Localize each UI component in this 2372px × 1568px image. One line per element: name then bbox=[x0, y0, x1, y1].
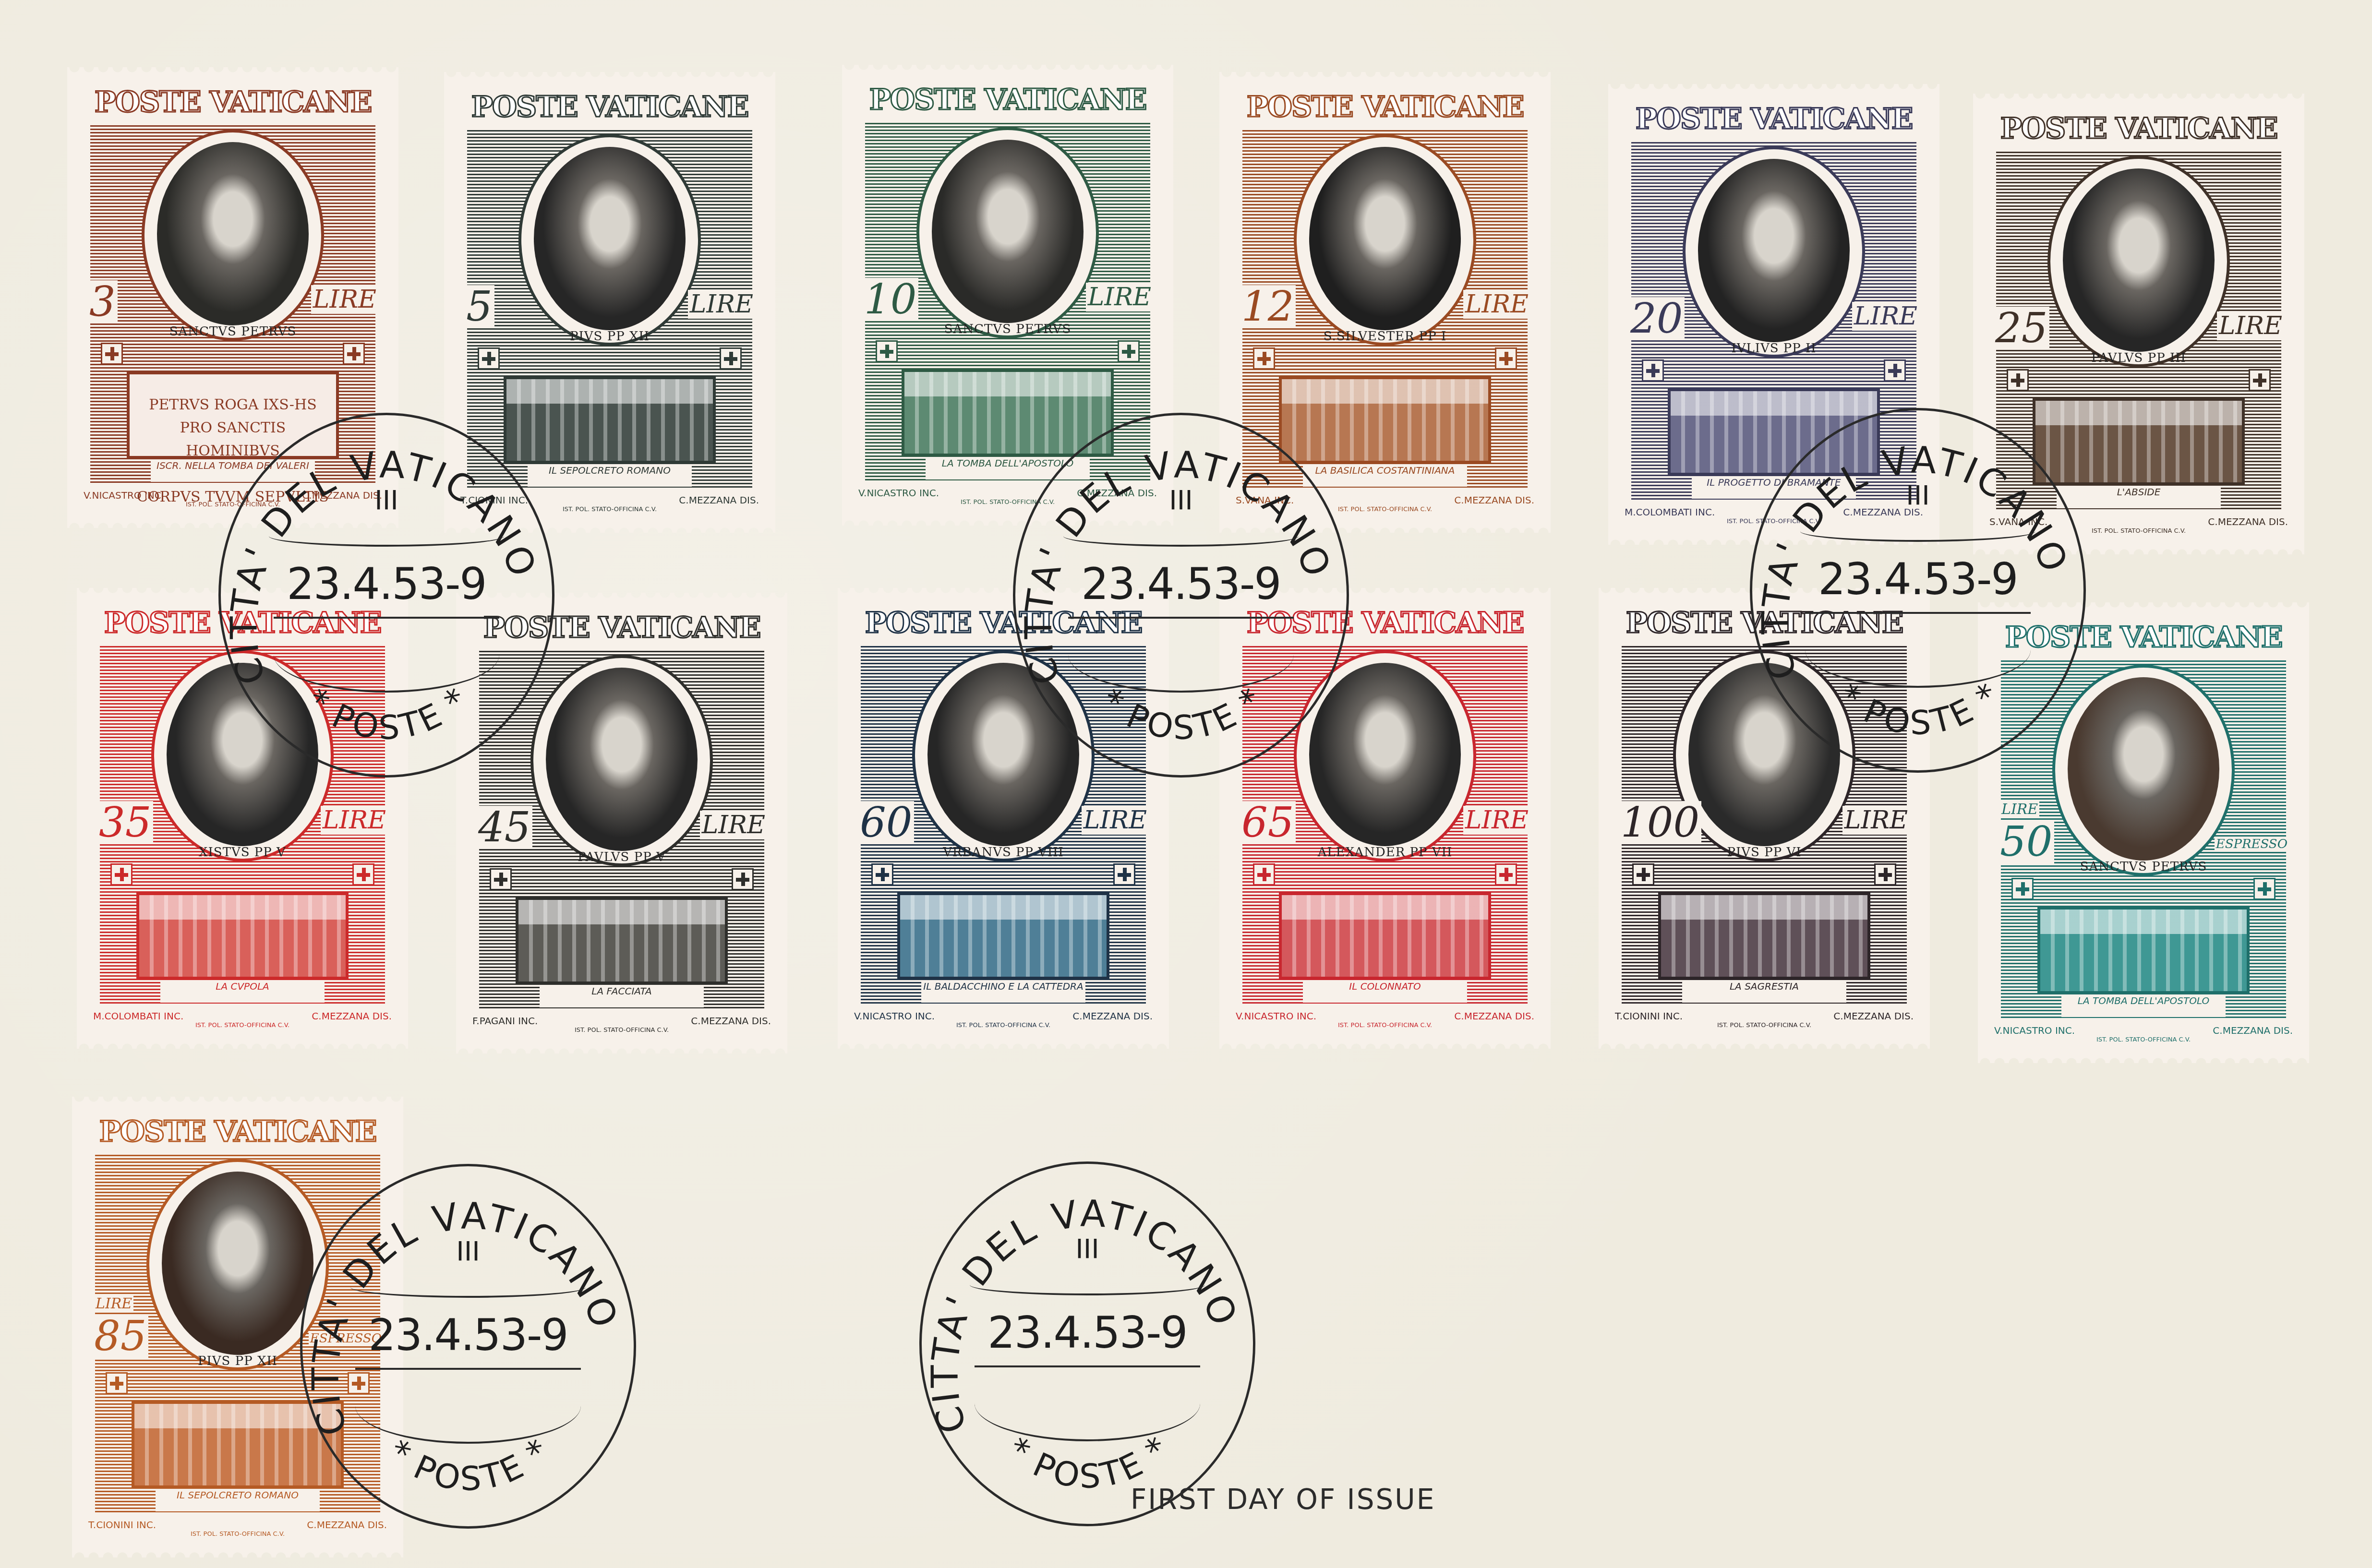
designer-credit: C.MEZZANA DIS. bbox=[1072, 1010, 1153, 1022]
cross-icon bbox=[478, 347, 500, 370]
postmark-divider bbox=[274, 617, 499, 693]
cross-icon bbox=[720, 347, 742, 370]
face-value: 85 bbox=[92, 1315, 148, 1358]
portrait-image bbox=[2068, 677, 2219, 861]
postmark-cancellation: CITTA' DEL VATICANO * POSTE * III 23.4.5… bbox=[300, 1164, 636, 1529]
portrait-name: PAVLVS PP V bbox=[533, 850, 710, 864]
scene-caption: IL BALDACCHINO E LA CATTEDRA bbox=[921, 981, 1085, 1003]
cross-icon bbox=[106, 1372, 128, 1394]
postmark-date: 23.4.53-9 bbox=[368, 1310, 567, 1361]
stamp-credits: V.NICASTRO INC. C.MEZZANA DIS. IST. POL.… bbox=[1236, 1005, 1534, 1032]
postmark-divider bbox=[1800, 521, 2035, 542]
postmark-office-number: III bbox=[374, 485, 398, 516]
stamp-header: POSTE VATICANE bbox=[1236, 88, 1534, 126]
cross-icon bbox=[343, 343, 365, 365]
portrait-name: IVLIVS PP II bbox=[1686, 341, 1862, 356]
face-value: 3 bbox=[87, 280, 118, 323]
postmark-cancellation: CITTA' DEL VATICANO * POSTE * III 23.4.5… bbox=[1750, 408, 2086, 773]
stamp-header: POSTE VATICANE bbox=[88, 1113, 387, 1150]
face-value: 5 bbox=[464, 285, 494, 328]
portrait-name: PIVS PP VI bbox=[1676, 845, 1853, 860]
designer-credit: C.MEZZANA DIS. bbox=[312, 1010, 392, 1022]
scene-vignette bbox=[1279, 892, 1491, 980]
cross-icon bbox=[1253, 863, 1275, 886]
scene-caption: IL SEPOLCRETO ROMANO bbox=[528, 466, 692, 487]
portrait-name: VRBANVS PP VIII bbox=[915, 845, 1092, 860]
cross-icon bbox=[490, 868, 512, 890]
cross-icon bbox=[876, 340, 898, 362]
designer-credit: C.MEZZANA DIS. bbox=[691, 1015, 771, 1027]
face-value: 25 bbox=[1993, 307, 2049, 350]
cross-icon bbox=[352, 863, 374, 886]
scene-vignette bbox=[2037, 907, 2250, 994]
engraver-credit: V.NICASTRO INC. bbox=[858, 487, 939, 499]
stamp-credits: M.COLOMBATI INC. C.MEZZANA DIS. IST. POL… bbox=[93, 1005, 392, 1032]
portrait-image bbox=[157, 142, 309, 325]
currency-label: LIRE bbox=[1852, 302, 1919, 331]
postmark-cancellation: CITTA' DEL VATICANO * POSTE * III 23.4.5… bbox=[919, 1161, 1255, 1526]
postmark-office-number: III bbox=[1906, 480, 1930, 511]
cross-icon bbox=[1118, 340, 1140, 362]
cross-icon bbox=[1632, 863, 1654, 886]
face-value: 45 bbox=[476, 806, 532, 849]
postmark-date: 23.4.53-9 bbox=[1081, 559, 1280, 610]
portrait-image bbox=[1309, 147, 1461, 330]
scene-caption: LA SAGRESTIA bbox=[1682, 981, 1846, 1003]
portrait-name: SANCTVS PETRVS bbox=[919, 322, 1096, 336]
currency-label: LIRE bbox=[1842, 806, 1910, 835]
currency-label: LIRE bbox=[1082, 806, 1149, 835]
stamp-header: POSTE VATICANE bbox=[84, 84, 382, 121]
currency-label: LIRE bbox=[1463, 806, 1530, 835]
face-value: 100 bbox=[1619, 801, 1701, 844]
stamp-header: POSTE VATICANE bbox=[460, 88, 759, 126]
scene-caption: LA TOMBA DELL'APOSTOLO bbox=[2061, 996, 2226, 1017]
service-label: ESPRESSO bbox=[2215, 837, 2289, 851]
postmark-divider bbox=[1805, 612, 2031, 688]
postmark-office-number: III bbox=[1075, 1233, 1099, 1265]
portrait-medallion: SANCTVS PETRVS bbox=[916, 127, 1099, 338]
engraver-credit: M.COLOMBATI INC. bbox=[93, 1010, 183, 1022]
designer-credit: C.MEZZANA DIS. bbox=[1454, 494, 1534, 506]
stamp-header: POSTE VATICANE bbox=[858, 81, 1157, 119]
postmark-cancellation: CITTA' DEL VATICANO * POSTE * III 23.4.5… bbox=[218, 413, 554, 778]
postmark-divider bbox=[970, 1274, 1205, 1295]
engraver-credit: V.NICASTRO INC. bbox=[1994, 1025, 2075, 1036]
printer-credit: IST. POL. STATO-OFFICINA C.V. bbox=[1615, 1022, 1914, 1029]
stamp-header: POSTE VATICANE bbox=[1989, 110, 2288, 147]
engraver-credit: V.NICASTRO INC. bbox=[84, 490, 164, 501]
printer-credit: IST. POL. STATO-OFFICINA C.V. bbox=[93, 1022, 392, 1029]
cross-icon bbox=[110, 863, 132, 886]
postmark-cancellation: CITTA' DEL VATICANO * POSTE * III 23.4.5… bbox=[1013, 413, 1349, 778]
postmark-date: 23.4.53-9 bbox=[1818, 554, 2017, 605]
scene-vignette bbox=[516, 897, 728, 984]
currency-label: LIRE bbox=[1463, 290, 1530, 319]
postmark-divider bbox=[975, 1365, 1200, 1441]
portrait-image bbox=[534, 147, 686, 330]
designer-credit: C.MEZZANA DIS. bbox=[2208, 516, 2288, 527]
face-value: 65 bbox=[1240, 801, 1296, 844]
engraver-credit: F.PAGANI INC. bbox=[472, 1015, 538, 1027]
designer-credit: C.MEZZANA DIS. bbox=[1833, 1010, 1914, 1022]
stamp-credits: F.PAGANI INC. C.MEZZANA DIS. IST. POL. S… bbox=[472, 1010, 771, 1037]
face-value: 12 bbox=[1240, 285, 1296, 328]
postmark-date: 23.4.53-9 bbox=[287, 559, 486, 610]
portrait-image bbox=[546, 668, 698, 851]
engraver-credit: M.COLOMBATI INC. bbox=[1625, 506, 1715, 518]
postmark-office-number: III bbox=[1169, 485, 1193, 516]
engraver-credit: V.NICASTRO INC. bbox=[854, 1010, 935, 1022]
inscription-line: PETRVS ROGA IXS-HS bbox=[130, 394, 336, 417]
printer-credit: IST. POL. STATO-OFFICINA C.V. bbox=[854, 1022, 1153, 1029]
currency-label: LIRE bbox=[700, 811, 767, 839]
currency-label: LIRE bbox=[1086, 283, 1153, 311]
currency-label: LIRE bbox=[311, 285, 378, 314]
portrait-name: PAVLVS PP III bbox=[2050, 351, 2227, 365]
stamp-credits: V.NICASTRO INC. C.MEZZANA DIS. IST. POL.… bbox=[1994, 1020, 2293, 1047]
stamp-credits: V.NICASTRO INC. C.MEZZANA DIS. IST. POL.… bbox=[854, 1005, 1153, 1032]
printer-credit: IST. POL. STATO-OFFICINA C.V. bbox=[1236, 1022, 1534, 1029]
portrait-name: S.SILVESTER PP I bbox=[1297, 329, 1473, 344]
scene-caption: LA CVPOLA bbox=[160, 981, 325, 1003]
postmark-divider bbox=[1068, 617, 1294, 693]
portrait-medallion: PAVLVS PP V bbox=[530, 655, 713, 866]
stamp-credits: T.CIONINI INC. C.MEZZANA DIS. IST. POL. … bbox=[1615, 1005, 1914, 1032]
cross-icon bbox=[871, 863, 893, 886]
scene-caption: IL SEPOLCRETO ROMANO bbox=[156, 1490, 320, 1511]
printer-credit: IST. POL. STATO-OFFICINA C.V. bbox=[88, 1531, 387, 1538]
cross-icon bbox=[1884, 359, 1906, 382]
currency-label: LIRE bbox=[94, 1295, 133, 1312]
portrait-image bbox=[2063, 168, 2215, 352]
engraver-credit: T.CIONINI INC. bbox=[1615, 1010, 1683, 1022]
designer-credit: C.MEZZANA DIS. bbox=[1454, 1010, 1534, 1022]
designer-credit: C.MEZZANA DIS. bbox=[2213, 1025, 2293, 1036]
engraver-credit: V.NICASTRO INC. bbox=[1236, 1010, 1316, 1022]
cross-icon bbox=[2253, 878, 2276, 900]
cross-icon bbox=[1113, 863, 1135, 886]
scene-caption: IL COLONNATO bbox=[1303, 981, 1467, 1003]
cross-icon bbox=[1495, 863, 1517, 886]
portrait-medallion: S.SILVESTER PP I bbox=[1294, 134, 1476, 346]
portrait-image bbox=[932, 140, 1084, 323]
printer-credit: IST. POL. STATO-OFFICINA C.V. bbox=[472, 1027, 771, 1034]
cross-icon bbox=[1874, 863, 1896, 886]
portrait-medallion: PAVLVS PP III bbox=[2047, 156, 2230, 367]
portrait-name: PIVS PP XII bbox=[521, 329, 698, 344]
postmark-divider bbox=[1063, 526, 1299, 547]
currency-label: LIRE bbox=[321, 806, 388, 835]
scene-vignette bbox=[897, 892, 1109, 980]
portrait-name: SANCTVS PETRVS bbox=[2055, 860, 2232, 874]
face-value: 50 bbox=[1998, 820, 2054, 863]
cross-icon bbox=[1495, 347, 1517, 370]
currency-label: LIRE bbox=[2217, 311, 2284, 340]
postmark-divider bbox=[350, 1277, 586, 1298]
cross-icon bbox=[732, 868, 754, 890]
cross-icon bbox=[2011, 878, 2034, 900]
face-value: 60 bbox=[858, 801, 914, 844]
face-value: 20 bbox=[1628, 297, 1685, 340]
portrait-image bbox=[1698, 159, 1850, 342]
face-value: 35 bbox=[97, 801, 153, 844]
portrait-name: SANCTVS PETRVS bbox=[144, 324, 321, 339]
designer-credit: C.MEZZANA DIS. bbox=[679, 494, 759, 506]
cross-icon bbox=[1642, 359, 1664, 382]
portrait-name: ALEXANDER PP VII bbox=[1297, 845, 1473, 860]
portrait-name: PIVS PP XII bbox=[149, 1354, 326, 1368]
scene-vignette bbox=[136, 892, 349, 980]
cross-icon bbox=[2249, 369, 2271, 391]
currency-label: LIRE bbox=[2000, 801, 2039, 818]
portrait-image bbox=[162, 1172, 313, 1355]
postmark-divider bbox=[355, 1368, 581, 1444]
engraver-credit: T.CIONINI INC. bbox=[88, 1519, 156, 1531]
postmark-office-number: III bbox=[456, 1236, 480, 1267]
cross-icon bbox=[2007, 369, 2029, 391]
portrait-name: XISTVS PP V bbox=[154, 845, 331, 860]
postmark-date: 23.4.53-9 bbox=[987, 1308, 1187, 1358]
scene-vignette bbox=[1658, 892, 1870, 980]
portrait-medallion: PIVS PP XII bbox=[518, 134, 701, 346]
cross-icon bbox=[101, 343, 123, 365]
printer-credit: IST. POL. STATO-OFFICINA C.V. bbox=[1994, 1036, 2293, 1043]
stamp-header: POSTE VATICANE bbox=[1625, 100, 1923, 138]
face-value: 10 bbox=[862, 278, 918, 321]
cross-icon bbox=[1253, 347, 1275, 370]
portrait-medallion: SANCTVS PETRVS bbox=[142, 130, 324, 341]
postmark-divider bbox=[269, 526, 504, 547]
portrait-medallion: IVLIVS PP II bbox=[1683, 146, 1865, 358]
scene-caption: LA FACCIATA bbox=[540, 986, 704, 1007]
currency-label: LIRE bbox=[688, 290, 755, 319]
first-day-of-issue-label: FIRST DAY OF ISSUE bbox=[1131, 1483, 1435, 1516]
